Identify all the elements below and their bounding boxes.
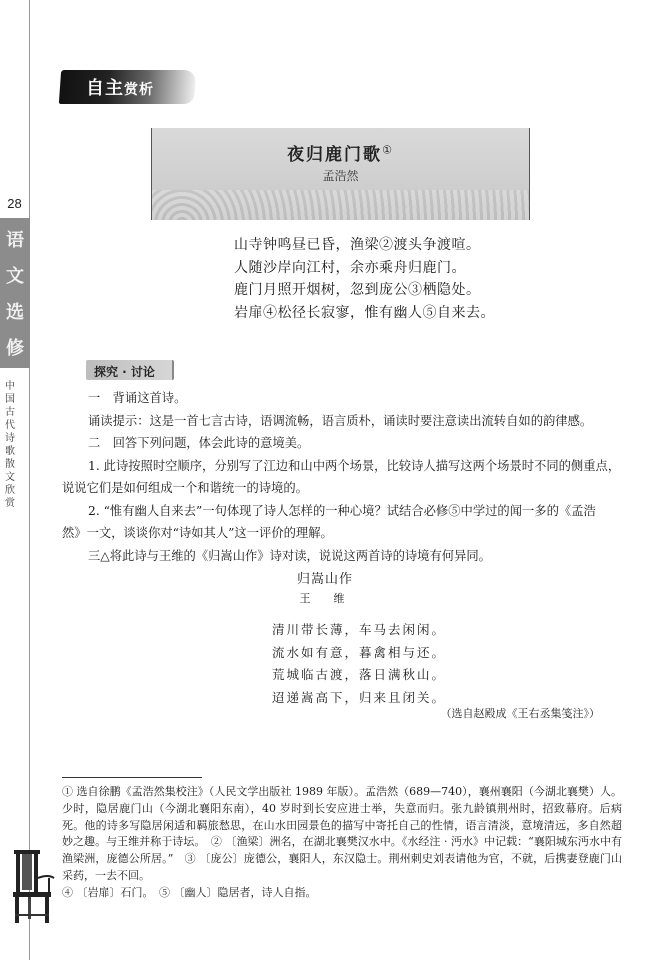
discussion-body: 一 背诵这首诗。 诵读提示：这是一首七言古诗，语调流畅，语言质朴，诵读时要注意读… [62,387,618,567]
question-2-2: 2. “惟有幽人自来去”一句体现了诗人怎样的一种心境？试结合必修⑤中学过的闻一多… [62,500,618,523]
footnote-block: ① 选自徐鹏《孟浩然集校注》（人民文学出版社 1989 年版）。孟浩然（689—… [62,784,622,885]
page-spine-line [29,0,30,960]
reading-tip: 诵读提示：这是一首七言古诗，语调流畅，语言质朴，诵读时要注意读出流转自如的韵律感… [62,410,618,433]
poem-line: 清川带长薄，车马去闲闲。 [272,619,446,642]
footnote-divider [62,777,202,778]
side-tab-char: 文 [0,262,30,288]
poem-line: 山寺钟鸣昼已昏，渔梁②渡头争渡喧。 [234,234,495,257]
poem-line: 荒城临古渡，落日满秋山。 [272,664,446,687]
poem-source-citation: （选自赵殿成《王右丞集笺注》） [441,705,601,721]
chair-illustration-icon [8,830,56,925]
comparison-poem-title: 归嵩山作 [0,568,650,587]
comparison-poem-body: 清川带长薄，车马去闲闲。 流水如有意，暮禽相与还。 荒城临古渡，落日满秋山。 迢… [272,619,446,709]
question-2-1: 1. 此诗按照时空顺序，分别写了江边和山中两个场景，比较诗人描写这两个场景时不同… [62,455,618,478]
poem-body: 山寺钟鸣昼已昏，渔梁②渡头争渡喧。 人随沙岸向江村，余亦乘舟归鹿门。 鹿门月照开… [234,234,495,324]
comparison-poem-author: 王 维 [0,590,650,606]
poem-line: 人随沙岸向江村，余亦乘舟归鹿门。 [234,257,495,280]
question-2-2-cont: 然》一文，谈谈你对“诗如其人”这一评价的理解。 [62,522,618,545]
discussion-section-label: 探究 · 讨论 [86,360,174,380]
question-3: 三△将此诗与王维的《归嵩山作》诗对读，说说这两首诗的诗境有何异同。 [62,545,618,568]
footnotes: ① 选自徐鹏《孟浩然集校注》（人民文学出版社 1989 年版）。孟浩然（689—… [62,784,622,902]
side-tab-char: 选 [0,298,30,324]
side-tab-book-label: 语 文 选 修 [0,218,30,368]
question-2: 二 回答下列问题，体会此诗的意境美。 [62,432,618,455]
page-number: 28 [0,196,29,211]
side-tab-char: 修 [0,334,30,360]
poem-title-box: 夜归鹿门歌① 孟浩然 [151,128,530,220]
question-2-1-cont: 说说它们是如何组成一个和谐统一的诗境的。 [62,477,618,500]
section-banner-title: 自主赏析 [86,74,154,100]
footnote-ref[interactable]: ① [382,143,394,156]
poem-title: 夜归鹿门歌① [152,140,529,165]
poem-line: 流水如有意，暮禽相与还。 [272,642,446,665]
poem-line: 鹿门月照开烟树，忽到庞公③栖隐处。 [234,279,495,302]
side-tab-char: 语 [0,226,30,252]
poem-line: 迢递嵩高下，归来且闭关。 [272,687,446,710]
footnote-block: ④ 〔岩扉〕石门。 ⑤ 〔幽人〕隐居者，诗人自指。 [62,885,622,902]
poem-line: 岩扉④松径长寂寥，惟有幽人⑤自来去。 [234,302,495,325]
poem-author: 孟浩然 [152,167,529,184]
side-series-title: 中国古代诗歌散文欣赏 [3,380,17,510]
question-1: 一 背诵这首诗。 [62,387,618,410]
